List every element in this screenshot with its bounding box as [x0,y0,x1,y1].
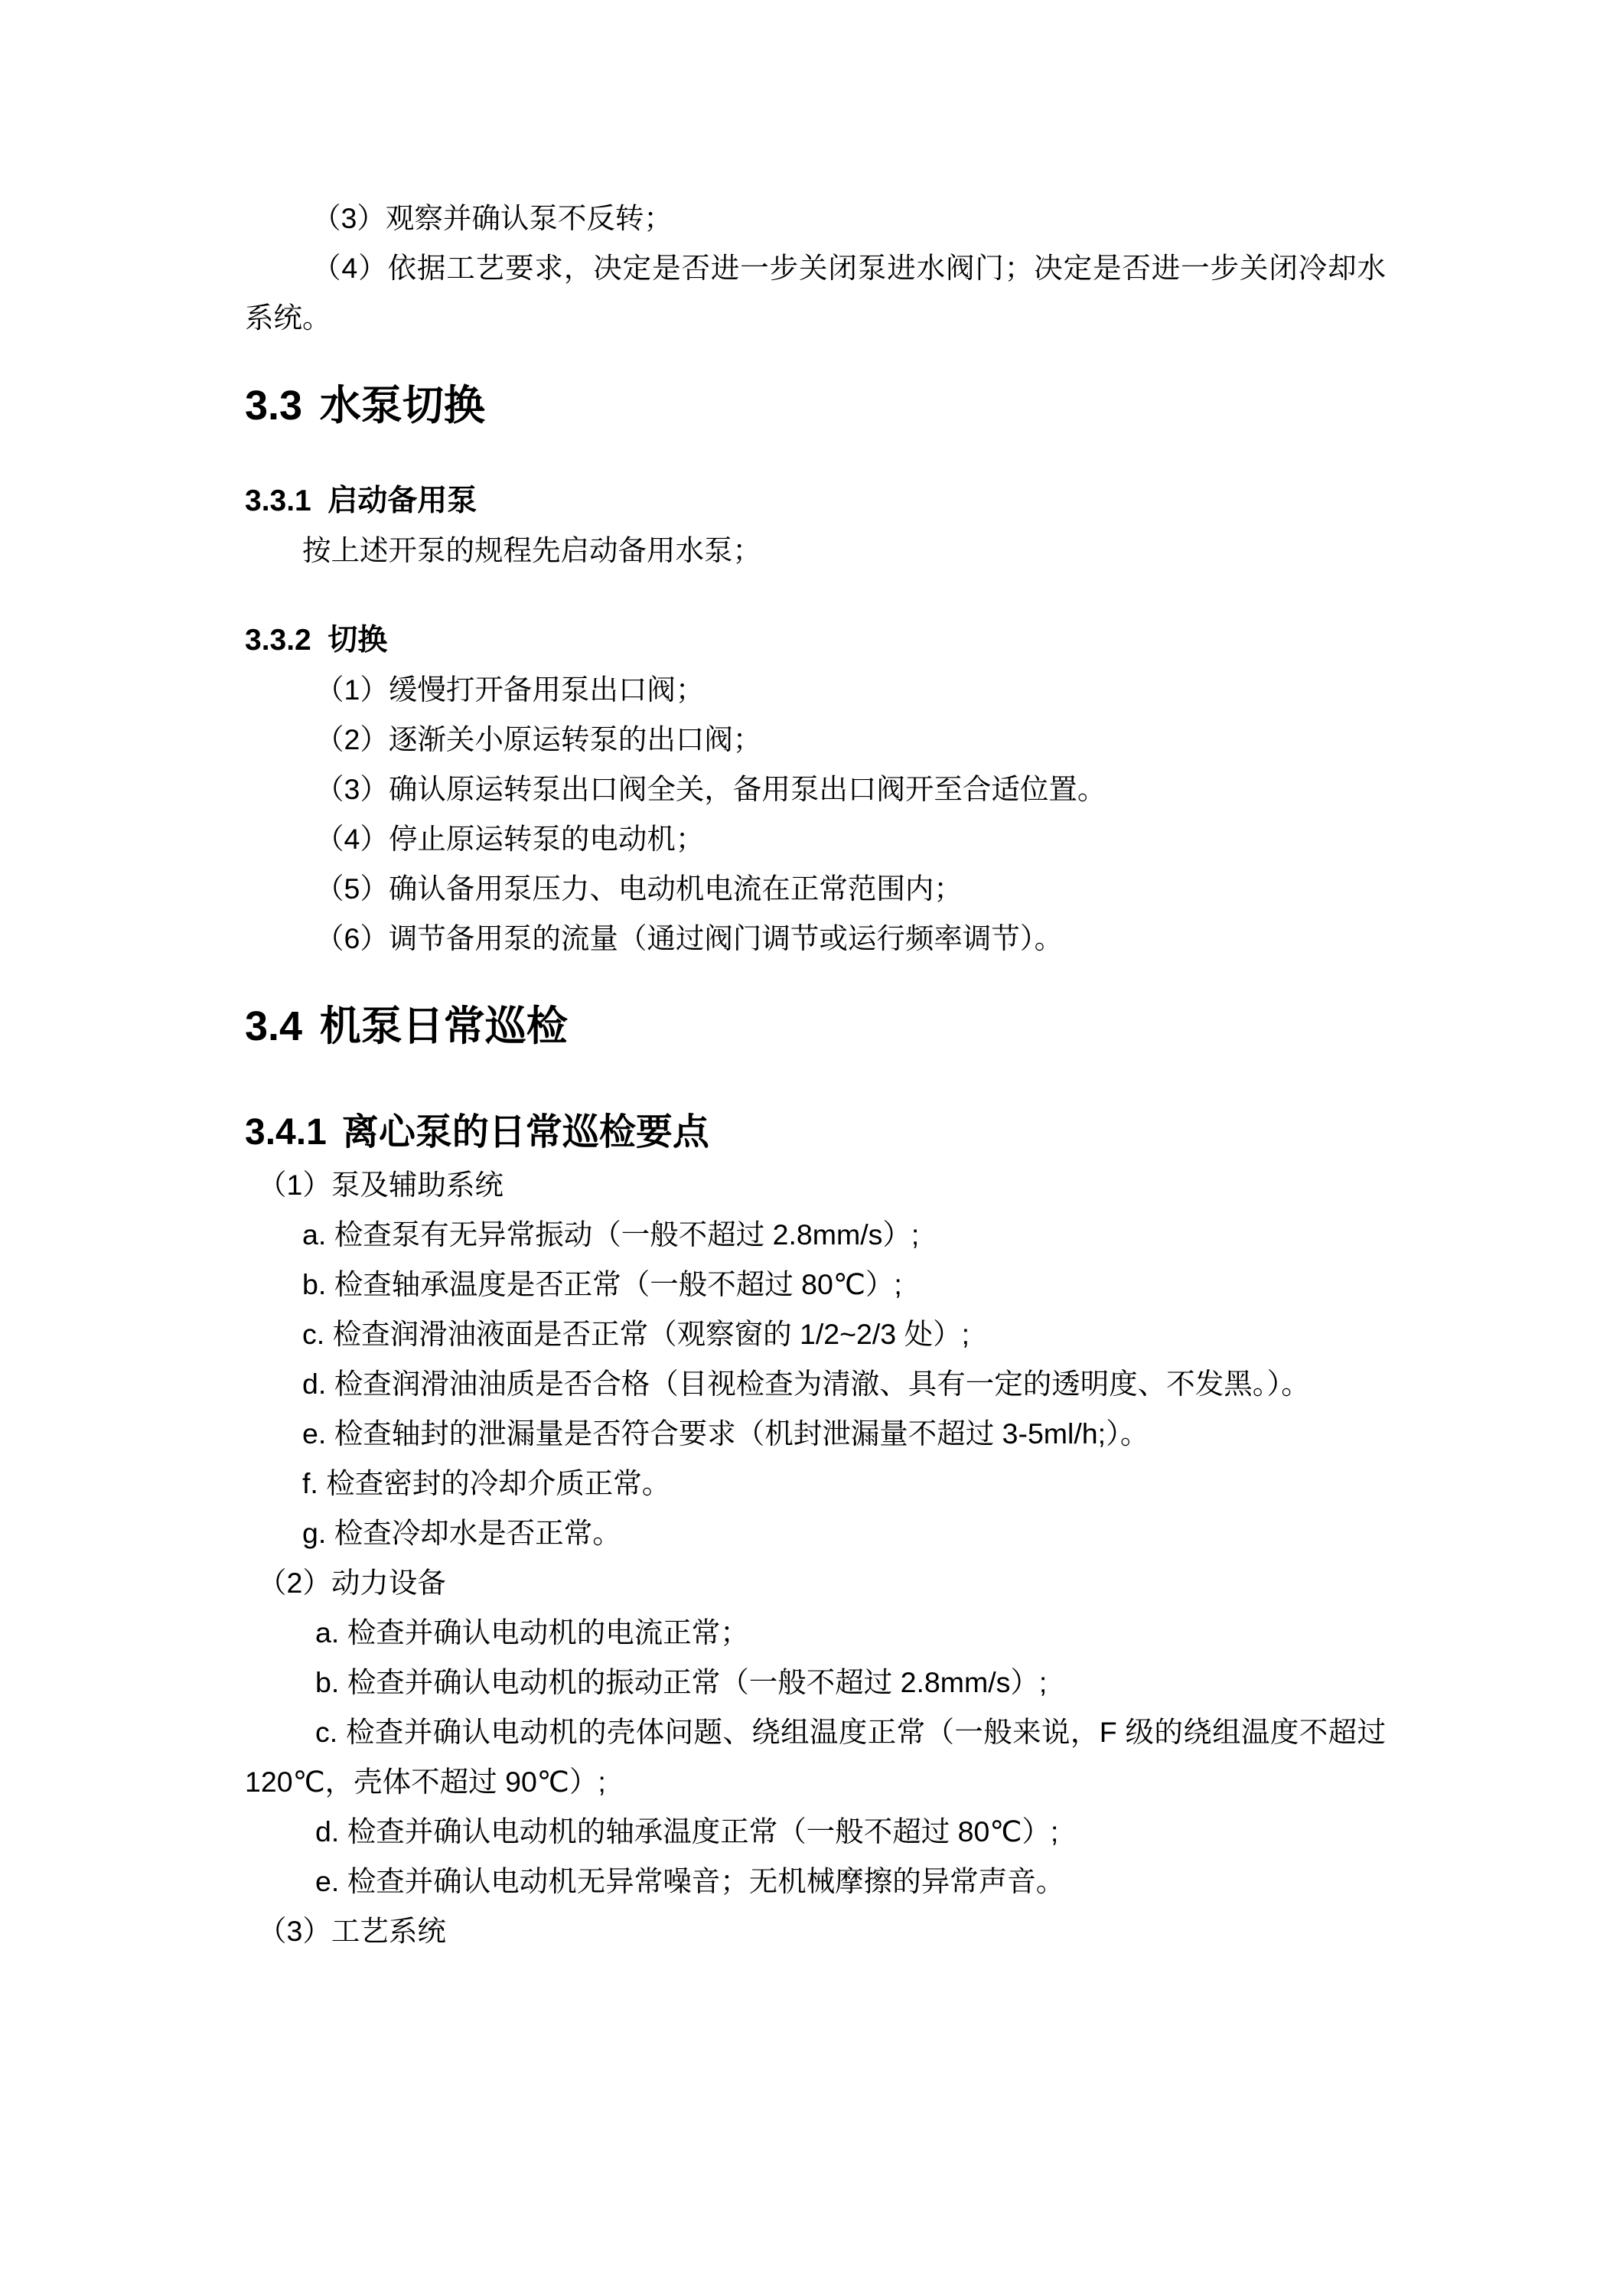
list-item: g. 检查冷却水是否正常。 [245,1508,1386,1558]
list-item: a. 检查并确认电动机的电流正常； [245,1608,1386,1658]
list-item: a. 检查泵有无异常振动（一般不超过 2.8mm/s）; [245,1210,1386,1260]
subsection-number: 3.4.1 [245,1112,327,1153]
subsection-title: 离心泵的日常巡检要点 [342,1112,709,1153]
list-item: f. 检查密封的冷却介质正常。 [245,1459,1386,1508]
group-label-power-equipment: （2）动力设备 [245,1558,1386,1608]
section-number: 3.4 [245,1003,302,1049]
paragraph-start-standby-pump: 按上述开泵的规程先启动备用水泵； [245,526,1386,576]
document-page: （3）观察并确认泵不反转； （4）依据工艺要求，决定是否进一步关闭泵进水阀门；决… [0,0,1623,2296]
list-item: （4）停止原运转泵的电动机； [245,814,1386,864]
document-content: （3）观察并确认泵不反转； （4）依据工艺要求，决定是否进一步关闭泵进水阀门；决… [0,0,1623,1956]
group-label-process-system: （3）工艺系统 [245,1906,1386,1956]
list-item: （1）缓慢打开备用泵出口阀； [245,665,1386,715]
section-heading-3-3: 3.3水泵切换 [245,375,1386,436]
subsection-number: 3.3.2 [245,624,311,657]
paragraph-shutdown-step-4: （4）依据工艺要求，决定是否进一步关闭泵进水阀门；决定是否进一步关闭冷却水系统。 [245,243,1386,343]
section-heading-3-4: 3.4机泵日常巡检 [245,996,1386,1057]
subsection-title: 切换 [328,624,387,657]
group-label-pump-auxiliary: （1）泵及辅助系统 [245,1160,1386,1210]
subsection-number: 3.3.1 [245,484,311,517]
list-item: b. 检查并确认电动机的振动正常（一般不超过 2.8mm/s）; [245,1658,1386,1707]
paragraph-shutdown-step-3: （3）观察并确认泵不反转； [245,194,1386,243]
list-item: d. 检查润滑油油质是否合格（目视检查为清澈、具有一定的透明度、不发黑。）。 [245,1359,1386,1409]
list-item: e. 检查并确认电动机无异常噪音；无机械摩擦的异常声音。 [245,1857,1386,1906]
list-item: c. 检查润滑油液面是否正常（观察窗的 1/2~2/3 处）; [245,1309,1386,1359]
list-item: b. 检查轴承温度是否正常（一般不超过 80℃）; [245,1260,1386,1309]
subsection-title: 启动备用泵 [328,484,477,517]
list-item: （5）确认备用泵压力、电动机电流在正常范围内； [245,864,1386,914]
subsection-heading-3-4-1: 3.4.1离心泵的日常巡检要点 [245,1105,1386,1160]
subsection-heading-3-3-2: 3.3.2切换 [245,615,1386,665]
list-item: d. 检查并确认电动机的轴承温度正常（一般不超过 80℃）; [245,1807,1386,1857]
list-item: （3）确认原运转泵出口阀全关，备用泵出口阀开至合适位置。 [245,765,1386,814]
section-title: 水泵切换 [320,383,485,429]
list-item: （6）调节备用泵的流量（通过阀门调节或运行频率调节）。 [245,914,1386,964]
subsection-heading-3-3-1: 3.3.1启动备用泵 [245,476,1386,526]
section-title: 机泵日常巡检 [320,1003,568,1049]
section-number: 3.3 [245,383,302,429]
list-item: （2）逐渐关小原运转泵的出口阀； [245,715,1386,765]
list-item: c. 检查并确认电动机的壳体问题、绕组温度正常（一般来说，F 级的绕组温度不超过… [245,1707,1386,1807]
list-item: e. 检查轴封的泄漏量是否符合要求（机封泄漏量不超过 3-5ml/h;）。 [245,1409,1386,1459]
